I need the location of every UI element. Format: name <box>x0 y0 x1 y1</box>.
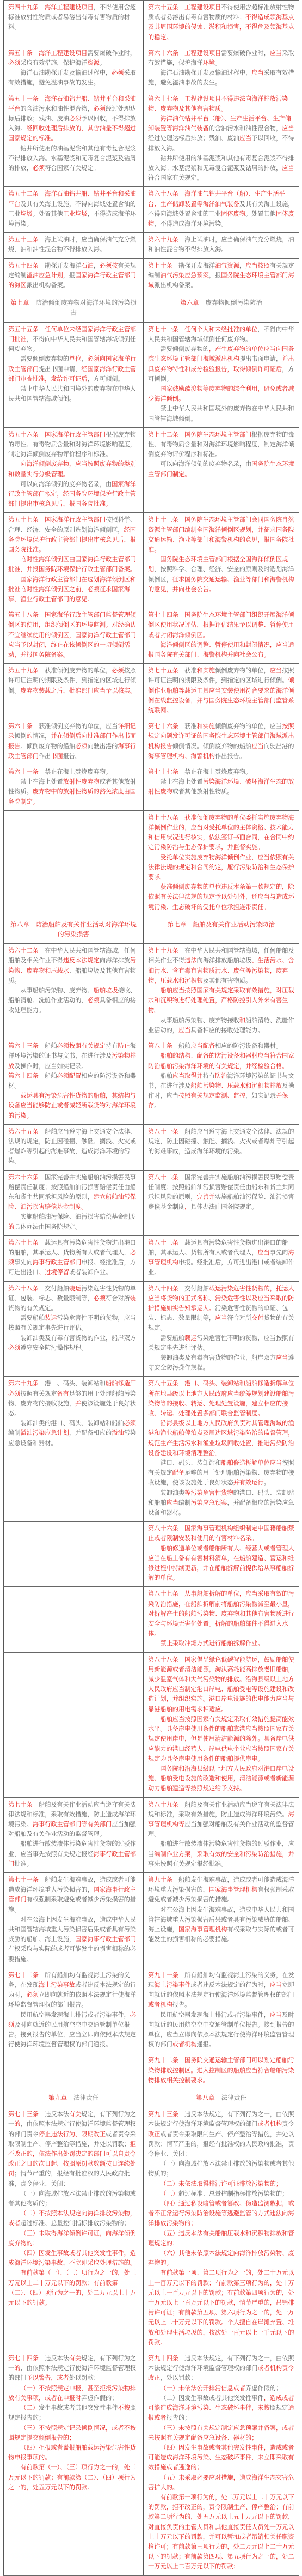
unchanged-text: 责令 <box>282 2120 294 2128</box>
unchanged-text: 通报。 <box>197 2041 215 2048</box>
article-paragraph: 第七十三条 国务院生态环境主管部门会同国务院自然资源主管部门编制全国海洋倾倒区规… <box>148 515 294 555</box>
unchanged-text: 发生事故或者其他突发性事件 <box>39 2404 118 2411</box>
article-paragraph: 民用航空器发现海上排污或者污染事件，必须及时向就近的民用航空空中交通管制单位报告… <box>8 2010 139 2050</box>
highlighted-change-text: 废弃物装载之后，批准部门应当予以核实。 <box>20 687 136 694</box>
unchanged-text: 作出报告。 <box>215 753 245 760</box>
article-paragraph: 需要船舶载运污染危害性不明的货物，应当按照有关规定事先进行评估。 <box>148 1334 294 1353</box>
article-paragraph: 第五十四条 勘探开发海洋石油，必须按有关规定编制溢油应急计划，报国家海洋行政主管… <box>8 261 139 291</box>
article-paragraph: 船舶修造单位或者船舶所有人、经营人或者管理人应当在船上备有有害材料清单，在船舶建… <box>148 1544 294 1584</box>
article-paragraph: 载运具有污染危害性货物的船舶，其结构与设备应当能够防止或者减轻所载货物对海洋环境… <box>8 1091 139 1121</box>
highlighted-change-text: 必须 <box>33 165 45 172</box>
highlighted-change-text: 应当按照 <box>245 262 270 269</box>
highlighted-change-text: 载运具有污染危害性货物的船舶，其结构与设备应当能够防止或者减轻所载货物对海洋环境… <box>8 1092 136 1119</box>
highlighted-change-text: 防治 <box>215 1072 227 1080</box>
highlighted-change-text: 溢油污染应急计划 <box>20 1429 69 1437</box>
article-paragraph: 船舶进行散装液体污染危害性货物的过驳作业，应当编制作业方案，采取有效的安全和污染… <box>148 1839 294 1869</box>
new-law-article-cell: 第八十五条 港口、码头、装卸站和船舶修造拆解单位所在地县级以上地方人民政府应当统… <box>144 1377 299 1522</box>
unchanged-text: 装卸油类的港口、码头、装卸站和船舶 <box>20 1420 124 1427</box>
unchanged-text: 及其他有害物质。 <box>203 977 252 984</box>
highlighted-change-text: 和实施 <box>197 723 215 730</box>
article-paragraph: （三）不按照规定记录倾倒情况，或者不按照规定提交倾倒报告的； <box>8 2423 139 2443</box>
article-paragraph: （一）向海域排放本法禁止排放的污染物或者其他物质的； <box>148 2159 294 2179</box>
article-paragraph: 沿海县级以上地方人民政府负责对其管理海域的渔港和渔业船舶停泊点及周边区域污染防治… <box>148 1419 294 1458</box>
new-law-chapter-cell: 第八章 法律责任 <box>144 2089 299 2107</box>
unchanged-text: 事先按照有关规定报经批准。 <box>148 1860 227 1868</box>
new-law-article-cell: 第七十三条 国务院生态环境主管部门会同国务院自然资源主管部门编制全国海洋倾倒区规… <box>144 513 299 608</box>
highlighted-change-text: 国务院生态环境主管部门 <box>184 431 251 438</box>
old-law-chapter-cell: 第七章 防治倾倒废弃物对海洋环境的污染损害 <box>4 294 144 322</box>
old-law-article-cell: 第六十一条 禁止在海上焚烧废弃物。禁止在海上处置放射性废弃物或者其他放射性物质。… <box>4 765 144 811</box>
unchanged-text: 船舶 <box>172 1042 191 1050</box>
highlighted-change-text: 和 <box>239 1017 245 1024</box>
unchanged-text <box>178 326 184 333</box>
article-row: 第七十三条 违反本法有关规定，有下列行为之一的，由依照本法规定行使海洋环境监督管… <box>4 2107 299 2351</box>
highlighted-change-text: 船舶应当按照国家有关规定采取有效措施提高能效水平。具备岸电使用条件的船舶靠港应当… <box>148 1716 294 1762</box>
highlighted-change-text: （三） <box>160 2190 178 2197</box>
unchanged-text: 提出书面申请， <box>239 355 282 362</box>
unchanged-text: 超过标准、总量控制指标排放污染物的； <box>20 2220 130 2227</box>
article-paragraph: 装卸油类的港口、码头、装卸站和船舶必须编制溢油污染应急计划，并配备相应的溢油污染… <box>8 1419 139 1448</box>
new-law-article-cell: 第六十九条 海上试油时，应当确保油气充分燃烧，油和油性混合物不得排放入海。 <box>144 233 299 258</box>
unchanged-text: 禁止在海上焚烧废弃物。 <box>178 768 251 775</box>
old-law-article-cell: 第六十二条 在中华人民共和国管辖海域，任何船舶及相关作业不得违反本法规定向海洋排… <box>4 944 144 1039</box>
highlighted-change-text: 必须 <box>112 69 124 76</box>
article-paragraph: 第五十七条 国家海洋行政主管部门按照科学、合理、经济、安全的原则选划海洋倾倒区，… <box>8 515 139 555</box>
new-law-article-cell: 第九十三条 违反本法规定，有下列行为之一，由依照本法规定行使海洋环境监督管理权的… <box>144 2107 299 2351</box>
article-paragraph: 第六十五条 船舶应当遵守海上交通安全法律、法规的规定，防止因碰撞、触礁、搁浅、火… <box>8 1127 139 1167</box>
unchanged-text: 需要船舶 <box>160 1335 184 1342</box>
article-paragraph: 第八十条 船舶应当配备相应的防污设备和器材。 <box>148 1041 294 1051</box>
highlighted-change-text: 第四十九条 <box>8 4 39 11</box>
highlighted-change-text: 第五十三条 <box>8 236 39 243</box>
highlighted-change-text: （五）未采取必要应对措施，造成海洋生态灾害危害扩大的。 <box>148 2474 294 2491</box>
highlighted-change-text: 并 <box>75 1400 81 1407</box>
unchanged-text: 港口、码头、装卸站和 <box>160 1459 221 1466</box>
highlighted-change-text: 第七十八条 获准倾倒废弃物的单位委托实施废弃物海洋倾倒作业的，应当对受托单位的主… <box>148 814 294 851</box>
article-paragraph: 第七十四条 国务院生态环境主管部门组织开展海洋倾倒区使用状况评估，根据评估结果予… <box>148 610 294 640</box>
article-paragraph: 禁止采取冲滩方式进行船舶拆解作业。 <box>148 1639 294 1648</box>
old-law-article-cell <box>4 1652 144 1797</box>
article-paragraph: （一）向海域排放本法禁止排放的污染物或者其他物质的； <box>8 2189 139 2209</box>
new-law-article-cell: 第八十三条 载运具有污染危害性货物进出港口的船舶，其承运人、货物所有人或者代理人… <box>144 1235 299 1281</box>
article-row: 第四十九条 海洋工程建设项目，不得使用含超标准放射性物质或者易溶出有毒有害物质的… <box>4 1 299 46</box>
article-row: 第六十二条 在中华人民共和国管辖海域，任何船舶及相关作业不得违反本法规定向海洋排… <box>4 944 299 1039</box>
unchanged-text: 。 <box>264 1479 270 1486</box>
highlighted-change-text: 第七十九条 <box>148 947 178 954</box>
highlighted-change-text: 第六十条 <box>8 723 33 730</box>
highlighted-change-text: 的 <box>14 2120 20 2128</box>
old-law-article-cell: 第五十二条 海洋石油钻井船、钻井平台和采油平台及其有关海上设施，不得向海域处置含… <box>4 187 144 233</box>
old-law-article-cell: 第七十条 船舶及有关作业活动应当遵守有关法律法规和标准，采取有效措施，防止造成海… <box>4 1797 144 1872</box>
unchanged-text: 事先向 <box>14 1259 33 1266</box>
unchanged-text: 倾倒废弃物的单位，应当 <box>215 723 282 730</box>
article-paragraph: 第七十八条 获准倾倒废弃物的单位委托实施废弃物海洋倾倒作业的，应当对受托单位的主… <box>148 813 294 853</box>
article-paragraph: 第四十九条 海洋工程建设项目，不得使用含超标准放射性物质或者易溶出有毒有害物质的… <box>8 3 139 33</box>
highlighted-change-text: 第七十六条 <box>148 723 178 730</box>
article-paragraph: 国务院和沿海县级以上地方人民政府对港口岸电设施、船舶受电设施的改造和使用，清洁能… <box>148 1764 294 1794</box>
unchanged-text: 实施船舶油污保险、油污损害赔偿基金制度 <box>20 1213 136 1220</box>
old-law-article-cell: 第五十五条 任何单位未经国家海洋行政主管部门批准，不得向中华人民共和国管辖海域倾… <box>4 322 144 427</box>
highlighted-change-text: 必须按照有关规定 <box>57 1042 106 1050</box>
unchanged-text: 装卸油类及有毒有害货物的作业，船岸双方 <box>160 1354 276 1361</box>
highlighted-change-text: 必须 <box>124 1420 136 1427</box>
old-law-article-cell: 第五十九条 获准倾倒废弃物的单位，必须按照许可证注明的期限及条件，到指定的区域进… <box>4 664 144 719</box>
old-law-article-cell <box>4 810 144 916</box>
highlighted-change-text: 不按 <box>118 2404 130 2411</box>
article-paragraph: 第六十四条 船舶必须配置相应的防污设备和器材。 <box>8 1071 139 1091</box>
article-row: 第七十二条 所有船舶均有监视海上污染的义务，在发现海上污染事故或者违反本法规定的… <box>4 1968 299 2053</box>
highlighted-change-text: 船舶的结构、配备的防污设备和器材应当符合国家防治船舶污染海洋环境的有关规定，并经… <box>148 1052 294 1069</box>
old-law-article-cell: 第七十四条 违反本法有关规定，有下列行为之一的，由依照本法规定行使海洋环境监督管… <box>4 2351 144 2575</box>
article-row: 第六十六条 国家完善并实施船舶油污损害民事赔偿责任制度；按照船舶油污损害赔偿责任… <box>4 1170 299 1235</box>
article-row: 第五十七条 国家海洋行政主管部门按照科学、合理、经济、安全的原则选划海洋倾倒区，… <box>4 513 299 608</box>
unchanged-text: 或者装卸作业。 <box>69 1269 112 1276</box>
old-law-article-cell <box>4 1522 144 1587</box>
unchanged-text: 具体办法由国务院规定。 <box>14 1223 81 1231</box>
unchanged-text: ，报 <box>209 272 221 279</box>
article-row: 第五十一条 海洋石油钻井船、钻井平台和采油平台的含油污水和油性混合物，必须经过处… <box>4 92 299 187</box>
article-paragraph: 海洋油气钻井平台（船）、生产生活平台、生产储卸装置等海洋油气装备的含油污水和油性… <box>148 114 294 154</box>
highlighted-change-text: 第八十四条 <box>148 1285 178 1292</box>
highlighted-change-text: 第五十四条 <box>8 262 39 269</box>
chapter-number: 第六章 <box>180 299 199 306</box>
new-law-article-cell: 第六十七条 工程建设项目不得违法向海洋排放污染物、废弃物及其他有害物质。海洋油气… <box>144 92 299 187</box>
highlighted-change-text: 海事行政主管部门 <box>33 1259 82 1266</box>
unchanged-text: 。 <box>100 59 106 66</box>
article-paragraph: 第六十条 获准倾倒废弃物的单位，应当详细记录倾倒的情况，并在倾倒后向批准部门作出… <box>8 722 139 761</box>
article-paragraph: 第七十七条 禁止在海上焚烧废弃物。 <box>148 767 294 777</box>
unchanged-text: 报告。 <box>63 753 82 760</box>
unchanged-text: 勘探开发海洋 <box>172 262 215 269</box>
highlighted-change-text: 应当 <box>270 50 282 57</box>
highlighted-change-text: 应当 <box>257 1249 269 1256</box>
article-paragraph: 有前款第（一）、（三）项行为之一的，处三万元以上二十万元以下的罚款；有前款第（二… <box>8 2268 139 2308</box>
article-paragraph: 实施船舶油污保险、油污损害赔偿基金制度的具体办法由国务院规定。 <box>8 1212 139 1232</box>
unchanged-text: 具体办法由国务院规定。 <box>190 1203 257 1210</box>
highlighted-change-text: 工业垃圾 <box>63 210 88 217</box>
old-law-chapter-cell: 第八章 防治船舶及有关作业活动对海洋环境的污染损害 <box>4 916 144 943</box>
unchanged-text: 向驶出港的 <box>264 743 294 750</box>
new-law-article-cell: 第九十条 船舶发生海难事故，造成或者可能造成海洋环境重大污染损害的，国家海事管理… <box>144 1872 299 1968</box>
unchanged-text: 符合国家有关规定。 <box>148 174 203 181</box>
unchanged-text: 禁止中华人民共和国境外的废弃物在中华人民共和国管辖海域倾倒。 <box>8 385 136 402</box>
comparison-table-body: 第四十九条 海洋工程建设项目，不得使用含超标准放射性物质或者易溶出有毒有害物质的… <box>4 1 299 2576</box>
highlighted-change-text: 违反本法规定 <box>63 957 100 964</box>
highlighted-change-text: 垃圾 <box>20 210 32 217</box>
unchanged-text: 的含油污水和油性混合物， <box>209 125 282 132</box>
article-paragraph: 第六十七条 工程建设项目不得违法向海洋排放污染物、废弃物及其他有害物质。 <box>148 94 294 114</box>
unchanged-text: 可以向海洋倾倒的废弃物名录，由 <box>160 460 251 468</box>
highlighted-change-text: 油气污染应急预案 <box>160 272 209 279</box>
article-row: 第七十条 船舶及有关作业活动应当遵守有关法律法规和标准，采取有效措施，防止造成海… <box>4 1797 299 1872</box>
article-paragraph: 第五十二条 海洋石油钻井船、钻井平台和采油平台及其有关海上设施，不得向海域处置含… <box>8 189 139 229</box>
highlighted-change-text: 或者机构 <box>148 2001 172 2008</box>
article-paragraph: 第八十九条 船舶及有关作业活动应当遵守有关法律法规和标准，采取有效措施，防止造成… <box>148 1800 294 1840</box>
article-paragraph: 第六十七条 载运具有污染危害性货物进出港口的船舶，其承运人、货物所有人或者代理人… <box>8 1238 139 1278</box>
unchanged-text: 有权强制采取避免或者减少污染损害的措施。 <box>8 1896 136 1913</box>
highlighted-change-text: 应当 <box>282 165 294 172</box>
article-paragraph: 第六十六条 国家完善并实施船舶油污损害民事赔偿责任制度；按照船舶油污损害赔偿责任… <box>8 1173 139 1213</box>
highlighted-change-text: 第五十一条 <box>8 95 39 102</box>
unchanged-text <box>178 2057 184 2064</box>
article-paragraph: 第六十九条 港口、码头、装卸站和船舶修造厂必须按照有关规定备有足够的用于处理船舶… <box>8 1379 139 1419</box>
new-law-article-cell: 第七十七条 禁止在海上焚烧废弃物。禁止在海上处置污染海洋环境、破坏海洋生态的放射… <box>144 765 299 811</box>
article-paragraph: 需要倾倒废弃物的单位，必须向国家海洋行政主管部门提出书面申请，经国家海洋行政主管… <box>8 354 139 384</box>
unchanged-text: 从事船舶污染物、废弃物接收 <box>160 1017 239 1024</box>
unchanged-text: 符合国家有关规定。 <box>45 165 100 172</box>
highlighted-change-text: 防止 <box>118 1042 130 1050</box>
highlighted-change-text: 船舶修造单位或者船舶所有人、经营人或者管理人应当在船上备有有害材料清单，在船舶建… <box>148 1545 294 1582</box>
highlighted-change-text: 国家海事管理机构 <box>209 1886 258 1893</box>
unchanged-text: 钻井所使用的油基泥浆和其他有毒复合泥浆不得排放入海。水基泥浆和无毒复合泥浆及钻屑… <box>148 155 294 172</box>
highlighted-change-text: （四）拒报或者谎报船舶载运污染危害性货物申报事项的。 <box>8 2444 136 2461</box>
highlighted-change-text: 国务院和沿海县级以上地方人民政府对港口岸电设施、船舶受电设施的改造和使用，清洁能… <box>148 1765 294 1792</box>
highlighted-change-text: 工程建设项目 <box>184 50 221 57</box>
highlighted-change-text: 第八十六条 国家海事管理机构组织制定中国籍船舶禁止或者限制安装和使用的有害材料名… <box>148 1525 294 1542</box>
old-law-article-cell: 第六十八条 交付船舶装运污染危害性货物的单证、包装、标志、数量限制等，必须符合对… <box>4 1281 144 1377</box>
highlighted-change-text: 第七十条 <box>148 262 172 269</box>
article-paragraph: 需要倾倒废弃物的，产生废弃物的单位应当向国务院生态环境主管部门海域派出机构提出书… <box>148 344 294 384</box>
article-paragraph: 第六十一条 禁止在海上焚烧废弃物。 <box>8 767 139 777</box>
highlighted-change-text: 油气资源 <box>215 262 239 269</box>
highlighted-change-text: 放射性废弃物 <box>63 778 100 785</box>
article-row: 第五十三条 海上试油时，应当确保油气充分燃烧，油和油性混合物不得排放入海。第六十… <box>4 233 299 258</box>
old-law-article-cell: 第七十三条 违反本法有关规定，有下列行为之一的，由依照本法规定行使海洋环境监督管… <box>4 2107 144 2351</box>
article-paragraph: （一）未依法公开排污信息或者弄虚作假的； <box>148 2384 294 2393</box>
article-row: 第六十三条 船舶必须按照有关规定持有防止海洋环境污染的证书与文书，在进行涉及污染… <box>4 1039 299 1125</box>
article-row: 第六十九条 港口、码头、装卸站和船舶修造厂必须按照有关规定备有足够的用于处理船舶… <box>4 1377 299 1522</box>
article-paragraph: （三）超过标准、总量控制指标排放污染物的； <box>148 2189 294 2199</box>
highlighted-change-text: 国家海洋行政主管部门在选划海洋倾倒区和批准临时性海洋倾倒区之前，必须征求国家海事… <box>8 576 136 603</box>
unchanged-text <box>39 95 45 102</box>
unchanged-text: 禁止中华人民共和国境外的废弃物在中华人民共和国管辖海域倾倒。 <box>148 405 294 422</box>
unchanged-text <box>178 431 184 438</box>
unchanged-text: 获准 <box>178 667 197 674</box>
highlighted-change-text: 海洋工程建设项目 <box>39 50 88 57</box>
highlighted-change-text: 获准倾倒废弃物的单位违反本条第一款规定的，除依照有关法律法规的规定予以处罚外，还… <box>148 883 294 910</box>
article-paragraph: 第五十条 海洋工程建设项目需要爆破作业时，必须采取有效措施，保护海洋资源。 <box>8 49 139 68</box>
unchanged-text: 持有 <box>106 1042 118 1050</box>
unchanged-text: 海洋石油勘探开发及输油过程中， <box>160 69 251 76</box>
article-paragraph: 第六十三条 船舶必须按照有关规定持有防止海洋环境污染的证书与文书，在进行涉及污染… <box>8 1041 139 1071</box>
chapter-title: 防治船舶及有关作业活动对海洋环境的污染损害 <box>35 920 137 938</box>
highlighted-change-text: 第五十八条 <box>8 611 39 619</box>
article-paragraph: 第八十八条 国家倡导绿色低碳智能航运，鼓励船舶使用新能源或者清洁能源，淘汰高耗能… <box>148 1655 294 1714</box>
new-law-article-cell: 第八十六条 国家海事管理机构组织制定中国籍船舶禁止或者限制安装和使用的有害材料名… <box>144 1522 299 1587</box>
unchanged-text: 获准 <box>178 723 197 730</box>
chapter-number: 第八章 <box>10 920 29 928</box>
article-paragraph: 禁止中华人民共和国境外的废弃物在中华人民共和国管辖海域倾倒。 <box>148 404 294 423</box>
highlighted-change-text: 停止违法行为、限期改正 <box>39 2131 106 2138</box>
article-paragraph: 国家鼓励疏浚物等废弃物的综合利用，避免或者减少海洋倾倒。 <box>148 384 294 404</box>
highlighted-change-text: 石油 <box>81 262 93 269</box>
new-law-article-cell: 第九十二条 国务院交通运输主管部门可以划定船舶污染物排放控制区。进入控制区的船舶… <box>144 2053 299 2089</box>
article-row: 第八十七条 从事船舶拆解的单位，应当采取有效的污染防治措施，在船舶拆解前将船舶污… <box>4 1587 299 1652</box>
highlighted-change-text: 第六十八条 <box>148 190 178 197</box>
highlighted-change-text: 第六十九条 <box>8 1380 39 1387</box>
highlighted-change-text: 必须 <box>75 743 87 750</box>
unchanged-text: 遵守安全防污操作规程。 <box>20 1344 87 1351</box>
old-law-article-cell: 第五十一条 海洋石油钻井船、钻井平台和采油平台的含油污水和油性混合物，必须经过处… <box>4 92 144 187</box>
unchanged-text: ， <box>81 355 87 362</box>
highlighted-change-text: 第八十三条 <box>148 1239 178 1246</box>
unchanged-text: 禁止在海上处置 <box>20 778 63 785</box>
article-paragraph: 第七十三条 违反本法有关规定，有下列行为之一的，由依照本法规定行使海洋环境监督管… <box>8 2110 139 2189</box>
highlighted-change-text: 第七十二条 <box>148 431 178 438</box>
spacer <box>187 920 193 928</box>
article-row: 第六十八条 交付船舶装运污染危害性货物的单证、包装、标志、数量限制等，必须符合对… <box>4 1281 299 1377</box>
unchanged-text: 从事船舶污染物、废弃物、 <box>20 987 93 994</box>
article-row: 第五十八条 国家海洋行政主管部门监督管理倾倒区的使用，组织倾倒区的环境监测。对经… <box>4 608 299 664</box>
article-paragraph: 第八十六条 国家海事管理机构组织制定中国籍船舶禁止或者限制安装和使用的有害材料名… <box>148 1524 294 1543</box>
spacer <box>199 299 206 306</box>
highlighted-change-text: 第七十条 <box>8 1801 33 1808</box>
article-paragraph: 第九十二条 国务院交通运输主管部门可以划定船舶污染物排放控制区。进入控制区的船舶… <box>148 2056 294 2086</box>
unchanged-text: ，不得向中华人民共和国管辖海域倾倒任何废弃物。 <box>8 336 136 353</box>
unchanged-text: 装卸油类 <box>160 1489 184 1496</box>
highlighted-change-text: 、过境停留 <box>39 1269 69 1276</box>
highlighted-change-text: 必须 <box>8 59 20 66</box>
highlighted-change-text: 备有 <box>57 1390 69 1397</box>
highlighted-change-text: 任何个人和未经批准的单位 <box>184 326 257 333</box>
unchanged-text: 的含油污水和油性混合物， <box>20 105 93 112</box>
article-row: 第八十八条 国家倡导绿色低碳智能航运，鼓励船舶使用新能源或者清洁能源，淘汰高耗能… <box>4 1652 299 1797</box>
article-row: 第八十六条 国家海事管理机构组织制定中国籍船舶禁止或者限制安装和使用的有害材料名… <box>4 1522 299 1587</box>
highlighted-change-text: 国家海事管理机构 <box>178 1926 227 1933</box>
highlighted-change-text: 第八十九条 <box>148 1801 178 1808</box>
highlighted-change-text: 必须配置 <box>57 1072 82 1080</box>
article-paragraph: 第七十九条 在中华人民共和国管辖海域，任何船舶及相关作业不得违法向海洋排放船舶垃… <box>148 946 294 986</box>
unchanged-text: 及时向就近的民用航空空中交通管制单位报告。接到报告的单位，应当立即向依照本法规定… <box>8 2021 136 2048</box>
chapter-heading-row: 第八章 防治船舶及有关作业活动对海洋环境的污染损害第七章 船舶及有关作业活动污染… <box>4 916 299 943</box>
article-paragraph: （五）违反本法有关船舶压载水和沉积物排放和管理规定的； <box>148 2229 294 2248</box>
unchanged-text: 照规定 <box>270 2404 288 2411</box>
unchanged-text: 提出书面申请， <box>39 366 81 373</box>
article-paragraph: 钻井所使用的油基泥浆和其他有毒复合泥浆不得排放入海。水基泥浆和无毒复合泥浆及钻屑… <box>148 154 294 184</box>
article-paragraph: 第五十八条 国家海洋行政主管部门监督管理倾倒区的使用，组织倾倒区的环境监测。对经… <box>8 610 139 660</box>
highlighted-change-text: 第六十五条 <box>8 1128 39 1135</box>
highlighted-change-text: 应当 <box>251 743 263 750</box>
highlighted-change-text: 第九十三条 <box>148 2111 178 2118</box>
highlighted-change-text: 第七十四条 <box>8 2355 39 2362</box>
highlighted-change-text: 第六十七条 <box>8 1239 39 1246</box>
highlighted-change-text: 应当 <box>282 125 294 132</box>
unchanged-text: 勘探开发海洋 <box>39 262 81 269</box>
highlighted-change-text: 第六十五条 <box>148 4 178 11</box>
article-paragraph: 第七十一条 任何个人和未经批准的单位，不得向中华人民共和国管辖海域倾倒任何废弃物… <box>148 325 294 344</box>
highlighted-change-text: 应当 <box>276 1354 288 1361</box>
highlighted-change-text: 应当 <box>270 1981 282 1989</box>
article-paragraph: 国家海洋行政主管部门在选划海洋倾倒区和批准临时性海洋倾倒区之前，必须征求国家海事… <box>8 575 139 605</box>
article-paragraph: 禁止在海上处置污染海洋环境、破坏海洋生态的放射性废物或者其他放射性物质。 <box>148 777 294 797</box>
new-law-article-cell: 第八十四条 交付船舶载运污染危害性货物的，托运人应当将货物的正式名称、污染危害性… <box>144 1281 299 1377</box>
unchanged-text: 或者其他放射性物质。 <box>172 788 233 795</box>
highlighted-change-text: 沿海县级以上地方人民政府负责对其管理海域的渔港和渔业船舶停泊点及周边区域污染防治… <box>148 1420 294 1457</box>
unchanged-text: 。 <box>154 1102 160 1109</box>
unchanged-text: 批准。 <box>14 1860 33 1868</box>
highlighted-change-text: 海洋倾倒区的调整、暂停使用和封闭情况，应当通报国务院有关部门、海警机构并向社会公… <box>148 641 294 658</box>
new-law-article-cell: 第九十四条 违反本法规定，有下列行为之一，由依照本法规定行使海洋环境监督管理权的… <box>144 2351 299 2575</box>
highlighted-change-text: 的 <box>27 732 33 740</box>
unchanged-text: 超过标准、总量控制指标排放污染物的； <box>178 2190 288 2197</box>
new-law-article-cell: 第八十一条 船舶应当遵守海上交通安全法律、法规的规定，防止因碰撞、触礁、搁浅、火… <box>144 1124 299 1170</box>
highlighted-change-text: 必须 <box>112 667 124 674</box>
new-law-article-cell: 第六十八条 海洋油气钻井平台（船）、生产生活平台、生产储卸装置等海洋油气装备及其… <box>144 187 299 233</box>
article-paragraph: 第七十条 勘探开发海洋油气资源，应当按照有关规定编制油气污染应急预案，报国务院生… <box>148 261 294 291</box>
unchanged-text: 需要爆破作业时， <box>221 50 270 57</box>
unchanged-text: 需要倾倒废弃物的 <box>20 355 69 362</box>
highlighted-change-text: 海洋工程建设项目 <box>45 4 94 11</box>
unchanged-text <box>178 190 184 197</box>
unchanged-text <box>39 190 45 197</box>
highlighted-change-text: 应当 <box>167 1499 178 1506</box>
unchanged-text: 报告。 <box>172 2001 191 2008</box>
unchanged-text: 货物的有关规定。 <box>8 1305 57 1312</box>
article-row: 第七十四条 违反本法有关规定，有下列行为之一的，由依照本法规定行使海洋环境监督管… <box>4 2351 299 2575</box>
unchanged-text: 向驶出港的 <box>87 743 118 750</box>
unchanged-text: 交付船舶 <box>178 1285 209 1292</box>
new-law-article-cell: 第八十八条 国家倡导绿色低碳智能航运，鼓励船舶使用新能源或者清洁能源，淘汰高耗能… <box>144 1652 299 1797</box>
highlighted-change-text: 单位 <box>69 355 81 362</box>
old-law-article-cell <box>4 2053 144 2089</box>
law-comparison-table: 第四十九条 海洋工程建设项目，不得使用含超标准放射性物质或者易溶出有毒有害物质的… <box>3 0 299 2576</box>
highlighted-change-text: 溢油应急计划 <box>27 272 63 279</box>
article-paragraph: 受托单位实施废弃物海洋倾倒作业，应当依照有关法律法规的规定和合同约定，履行污染防… <box>148 853 294 883</box>
highlighted-change-text: （三）不按照规定记录倾倒情况，或者不按照规定提交倾倒报告的； <box>8 2425 136 2441</box>
article-paragraph: 第五十五条 任何单位未经国家海洋行政主管部门批准，不得向中华人民共和国管辖海域倾… <box>8 325 139 355</box>
unchanged-text: 倾倒废弃物的单位， <box>215 667 270 674</box>
unchanged-text: ，报 <box>63 272 75 279</box>
article-paragraph: 第六十八条 交付船舶装运污染危害性货物的单证、包装、标志、数量限制等，必须符合对… <box>8 1284 139 1314</box>
highlighted-change-text: 第六十八条 <box>8 1285 39 1292</box>
unchanged-text: 需要船舶 <box>20 1314 45 1322</box>
article-row: 第五十九条 获准倾倒废弃物的单位，必须按照许可证注明的期限及条件，到指定的区域进… <box>4 664 299 719</box>
highlighted-change-text: 有前款第（一）、（三）项行为之一的，处三万元以上二十万元以下的罚款；有前款第（二… <box>8 2269 136 2306</box>
unchanged-text <box>178 1380 184 1387</box>
article-row: 第六十一条 禁止在海上焚烧废弃物。禁止在海上处置放射性废弃物或者其他放射性物质。… <box>4 765 299 811</box>
unchanged-text: 经过处理达标后排放；残油、废油 <box>148 135 239 142</box>
new-law-article-cell: 第七十四条 国务院生态环境主管部门组织开展海洋倾倒区使用状况评估，根据评估结果予… <box>144 608 299 664</box>
highlighted-change-text: 船舶污染物、压载水和沉积物排放 <box>190 1082 282 1089</box>
unchanged-text: 倾倒 <box>14 732 26 740</box>
unchanged-text: 相应的防污设备和器材。 <box>215 1042 282 1050</box>
highlighted-change-text: 必须按 <box>100 262 118 269</box>
article-paragraph: 临时性海洋倾倒区由国家海洋行政主管部门批准，并报国务院环境保护行政主管部门备案。 <box>8 555 139 574</box>
highlighted-change-text: 必须 <box>69 115 81 122</box>
chapter-number: 第七章 <box>10 299 29 306</box>
unchanged-text: ；情节严重的，报经有批准权的人民政府批准，责令停业、关闭： <box>8 2170 130 2187</box>
unchanged-text: ，处以罚款： <box>160 2374 196 2381</box>
article-paragraph: 第七十五条 获准和实施倾倒废弃物的单位，应当按照许可证注明的期限及条件，到指定的… <box>148 666 294 716</box>
unchanged-text: ， <box>239 262 245 269</box>
highlighted-change-text: 装 <box>130 1295 136 1302</box>
article-paragraph: 船舶的结构、配备的防污设备和器材应当符合国家防治船舶污染海洋环境的有关规定，并经… <box>148 1051 294 1071</box>
unchanged-text: 事先向 <box>270 1249 288 1256</box>
article-paragraph: 第九十条 船舶发生海难事故，造成或者可能造成海洋环境重大污染损害的，国家海事管理… <box>148 1875 294 1905</box>
highlighted-change-text: 海事行政主管部门等有关部门 <box>33 1821 112 1828</box>
old-law-article-cell: 第六十条 获准倾倒废弃物的单位，应当详细记录倾倒的情况，并在倾倒后向批准部门作出… <box>4 719 144 765</box>
old-law-article-cell: 第五十七条 国家海洋行政主管部门按照科学、合理、经济、安全的原则选划海洋倾倒区，… <box>4 513 144 608</box>
new-law-article-cell: 第六十五条 工程建设项目不得使用含超标准放射性物质或者易溶出有毒有害物质的材料；… <box>144 1 299 46</box>
highlighted-change-text: 改正 <box>148 2131 160 2138</box>
unchanged-text: 或者责令采取限制生产、停产整治等措施，并处以罚款；情节严重的，报经有批准权的人民… <box>148 2131 294 2157</box>
article-paragraph: 获准倾倒废弃物的单位违反本条第一款规定的，除依照有关法律法规的规定予以处罚外，还… <box>148 882 294 912</box>
unchanged-text: 民用航空器发现海上排污或者污染事件， <box>160 2011 269 2019</box>
highlighted-change-text: 第八十一条 <box>148 1128 178 1135</box>
highlighted-change-text: 第五十七条 <box>8 516 39 523</box>
unchanged-text: 派出机构备案。 <box>154 282 196 289</box>
article-paragraph: 装卸油类及有毒有害货物的作业，船岸双方必须遵守安全防污操作规程。 <box>8 1334 139 1353</box>
